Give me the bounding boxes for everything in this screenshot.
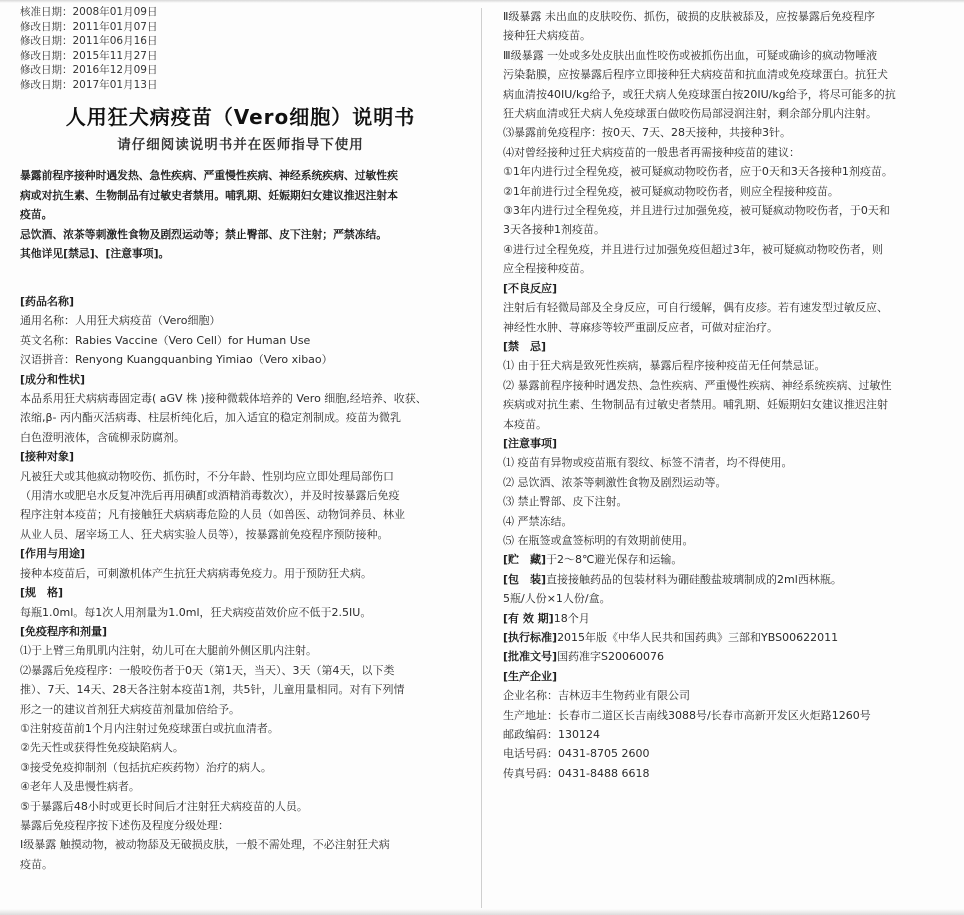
- right-column-content: Ⅱ级暴露 未出血的皮肤咬伤、抓伤，破损的皮肤被舔及，应按暴露后免疫程序 接种狂犬…: [503, 7, 953, 783]
- warning-block: 暴露前程序接种时遇发热、急性疾病、严重慢性疾病、神经系统疾病、过敏性疾 病或对抗…: [20, 166, 470, 264]
- column-divider: [481, 8, 482, 908]
- revision-date: 修改日期：2017年01月13日: [20, 78, 157, 93]
- section-heading-precautions: [注意事项]: [503, 434, 953, 453]
- revision-dates: 核准日期：2008年01月09日 修改日期：2011年01月07日 修改日期：2…: [20, 5, 157, 93]
- section-heading-contraindications: [禁 忌]: [503, 337, 953, 356]
- section-heading-adverse: [不良反应]: [503, 279, 953, 298]
- revision-date: 修改日期：2011年01月07日: [20, 20, 157, 35]
- standard-line: [执行标准]2015年版《中华人民共和国药典》三部和YBS00622011: [503, 628, 953, 647]
- revision-date: 修改日期：2015年11月27日: [20, 49, 157, 64]
- section-heading-usage: [作用与用途]: [20, 544, 470, 563]
- section-heading-spec: [规 格]: [20, 583, 470, 602]
- section-heading-schedule: [免疫程序和剂量]: [20, 622, 470, 641]
- approval-line: [批准文号]国药准字S20060076: [503, 647, 953, 666]
- vaccine-leaflet-page: 核准日期：2008年01月09日 修改日期：2011年01月07日 修改日期：2…: [0, 0, 964, 915]
- section-heading-manufacturer: [生产企业]: [503, 667, 953, 686]
- revision-date: 修改日期：2011年06月16日: [20, 34, 157, 49]
- validity-line: [有 效 期]18个月: [503, 609, 953, 628]
- scan-top-edge: [0, 0, 964, 3]
- package-line: [包 装]直接接触药品的包装材料为硼硅酸盐玻璃制成的2ml西林瓶。: [503, 570, 953, 589]
- section-heading-target: [接种对象]: [20, 447, 470, 466]
- left-column-content: [药品名称] 通用名称：人用狂犬病疫苗（Vero细胞） 英文名称：Rabies …: [20, 292, 470, 874]
- document-title: 人用狂犬病疫苗（Vero细胞）说明书: [0, 101, 481, 130]
- storage-line: [贮 藏]于2～8℃避光保存和运输。: [503, 550, 953, 569]
- section-heading-composition: [成分和性状]: [20, 370, 470, 389]
- section-heading-drug-name: [药品名称]: [20, 292, 470, 311]
- approval-date: 核准日期：2008年01月09日: [20, 5, 157, 20]
- revision-date: 修改日期：2016年12月09日: [20, 63, 157, 78]
- document-subtitle: 请仔细阅读说明书并在医师指导下使用: [0, 133, 481, 153]
- scan-bottom-edge: [0, 909, 964, 915]
